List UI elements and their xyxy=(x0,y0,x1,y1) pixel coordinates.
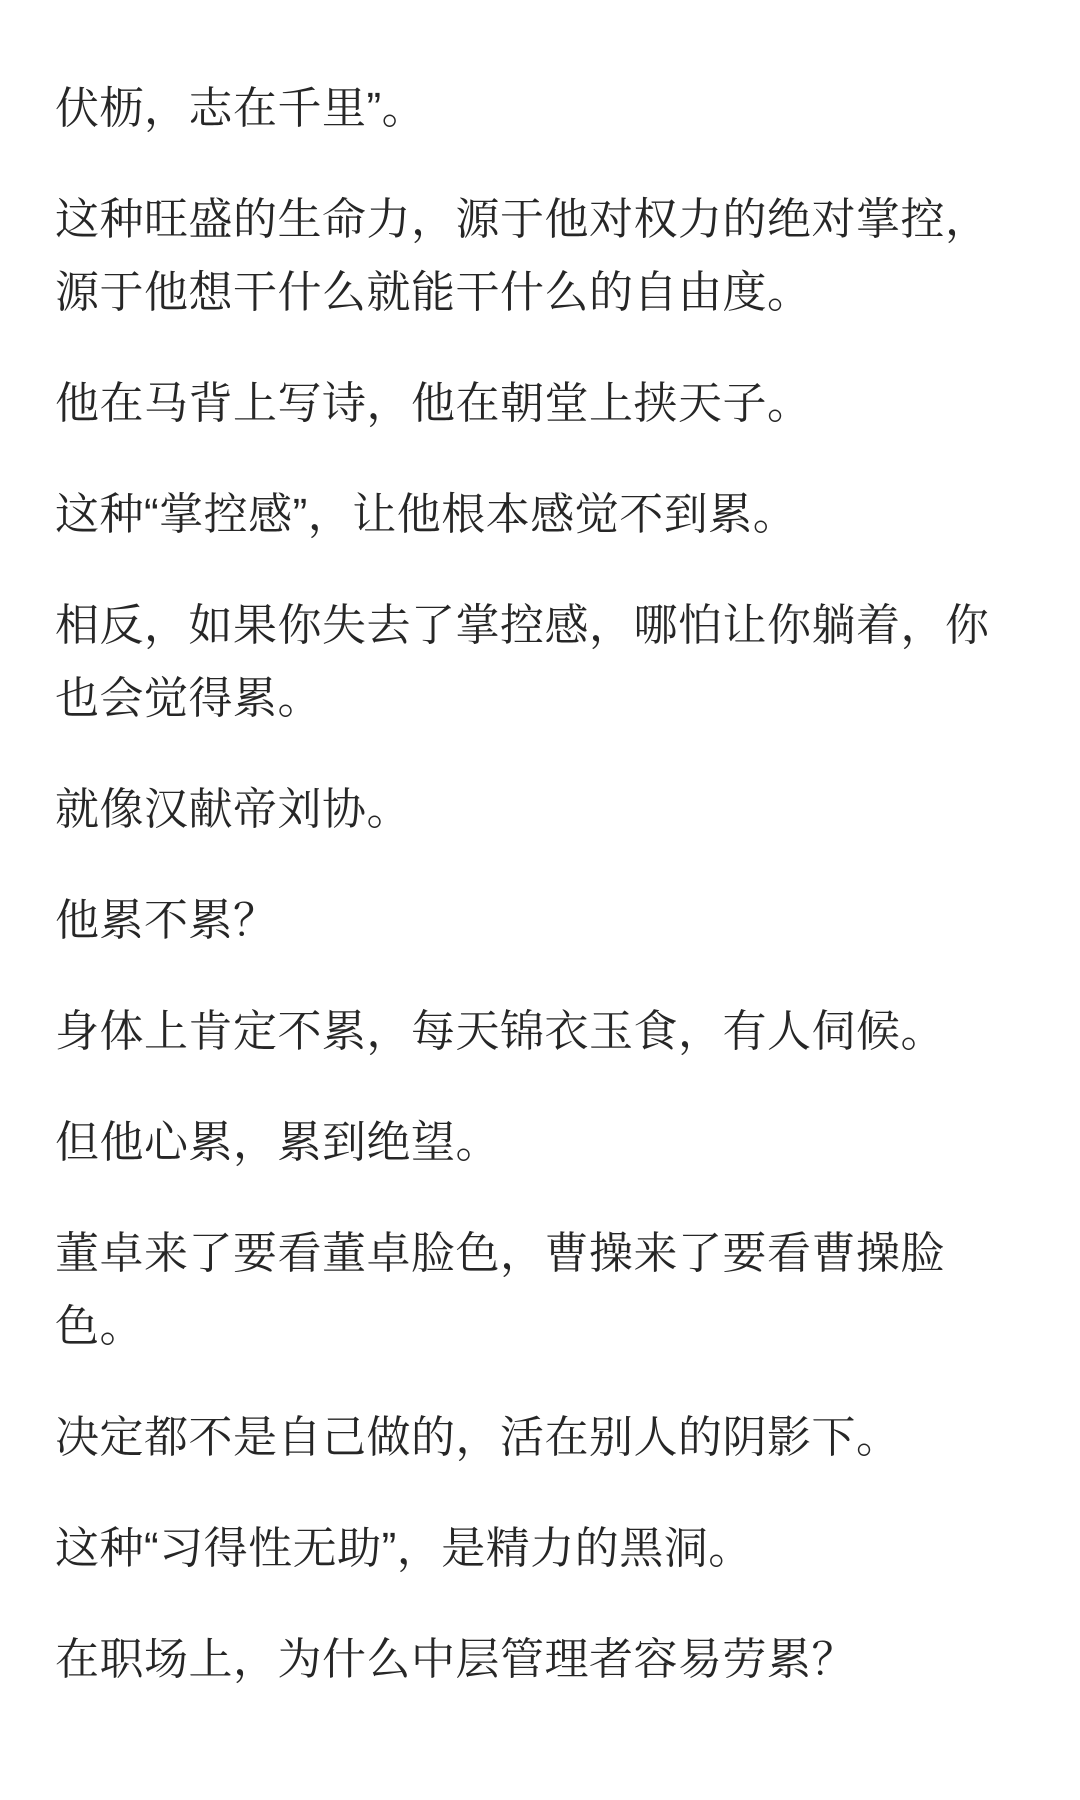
paragraph: 这种旺盛的生命力，源于他对权力的绝对掌控，源于他想干什么就能干什么的自由度。 xyxy=(55,183,1025,329)
paragraph: 就像汉献帝刘协。 xyxy=(55,773,1025,846)
paragraph: 但他心累，累到绝望。 xyxy=(55,1106,1025,1179)
paragraph: 身体上肯定不累，每天锦衣玉食，有人伺候。 xyxy=(55,995,1025,1068)
paragraph: 伏枥，志在千里”。 xyxy=(55,72,1025,145)
paragraph: 他累不累？ xyxy=(55,884,1025,957)
paragraph: 他在马背上写诗，他在朝堂上挟天子。 xyxy=(55,367,1025,440)
paragraph: 董卓来了要看董卓脸色，曹操来了要看曹操脸色。 xyxy=(55,1217,1025,1363)
paragraph: 在职场上，为什么中层管理者容易劳累？ xyxy=(55,1623,1025,1696)
paragraph: 决定都不是自己做的，活在别人的阴影下。 xyxy=(55,1401,1025,1474)
article-body: 伏枥，志在千里”。 这种旺盛的生命力，源于他对权力的绝对掌控，源于他想干什么就能… xyxy=(0,0,1080,1696)
paragraph: 这种“习得性无助”，是精力的黑洞。 xyxy=(55,1512,1025,1585)
paragraph: 这种“掌控感”，让他根本感觉不到累。 xyxy=(55,478,1025,551)
paragraph: 相反，如果你失去了掌控感，哪怕让你躺着，你也会觉得累。 xyxy=(55,589,1025,735)
